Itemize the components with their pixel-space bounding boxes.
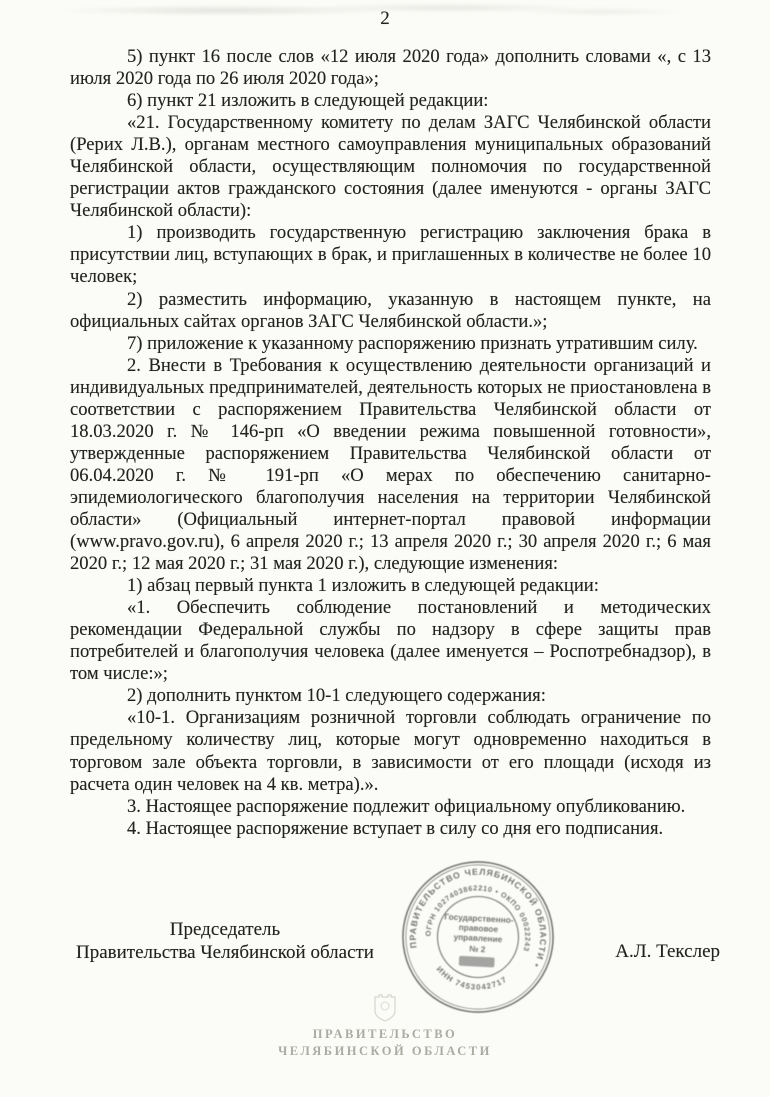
paragraph: «10-1. Организациям розничной торговли с… <box>70 707 711 795</box>
paragraph: 2) разместить информацию, указанную в на… <box>70 289 711 333</box>
page-number: 2 <box>0 8 770 30</box>
signature-title-line2: Правительства Челябинской области <box>70 942 380 965</box>
signature-title-line1: Председатель <box>70 919 380 942</box>
paragraph: «1. Обеспечить соблюдение постановлений … <box>70 597 711 685</box>
paragraph: 1) производить государственную регистрац… <box>70 222 711 288</box>
paragraph: 3. Настоящее распоряжение подлежит офици… <box>70 796 711 818</box>
region-emblem-icon <box>372 994 398 1022</box>
paragraph: 5) пункт 16 после слов «12 июля 2020 год… <box>70 46 711 90</box>
signature-name: А.Л. Текслер <box>615 941 720 964</box>
footer-watermark-line2: ЧЕЛЯБИНСКОЙ ОБЛАСТИ <box>0 1043 770 1060</box>
signature-block: Председатель Правительства Челябинской о… <box>70 919 720 964</box>
footer-watermark: ПРАВИТЕЛЬСТВО ЧЕЛЯБИНСКОЙ ОБЛАСТИ <box>0 994 770 1060</box>
paragraph: 7) приложение к указанному распоряжению … <box>70 333 711 355</box>
paragraph: 4. Настоящее распоряжение вступает в сил… <box>70 818 711 840</box>
paragraph: 6) пункт 21 изложить в следующей редакци… <box>70 90 711 112</box>
paragraph: 1) абзац первый пункта 1 изложить в след… <box>70 575 711 597</box>
signature-title: Председатель Правительства Челябинской о… <box>70 919 380 964</box>
paragraph: 2) дополнить пунктом 10-1 следующего сод… <box>70 685 711 707</box>
paragraph: «21. Государственному комитету по делам … <box>70 112 711 222</box>
svg-text:ИНН 7453042717: ИНН 7453042717 <box>432 964 510 997</box>
footer-watermark-line1: ПРАВИТЕЛЬСТВО <box>0 1026 770 1043</box>
stamp-inn-text: ИНН 7453042717 <box>432 964 510 997</box>
document-body: 5) пункт 16 после слов «12 июля 2020 год… <box>70 46 711 840</box>
paragraph: 2. Внести в Требования к осуществлению д… <box>70 355 711 575</box>
